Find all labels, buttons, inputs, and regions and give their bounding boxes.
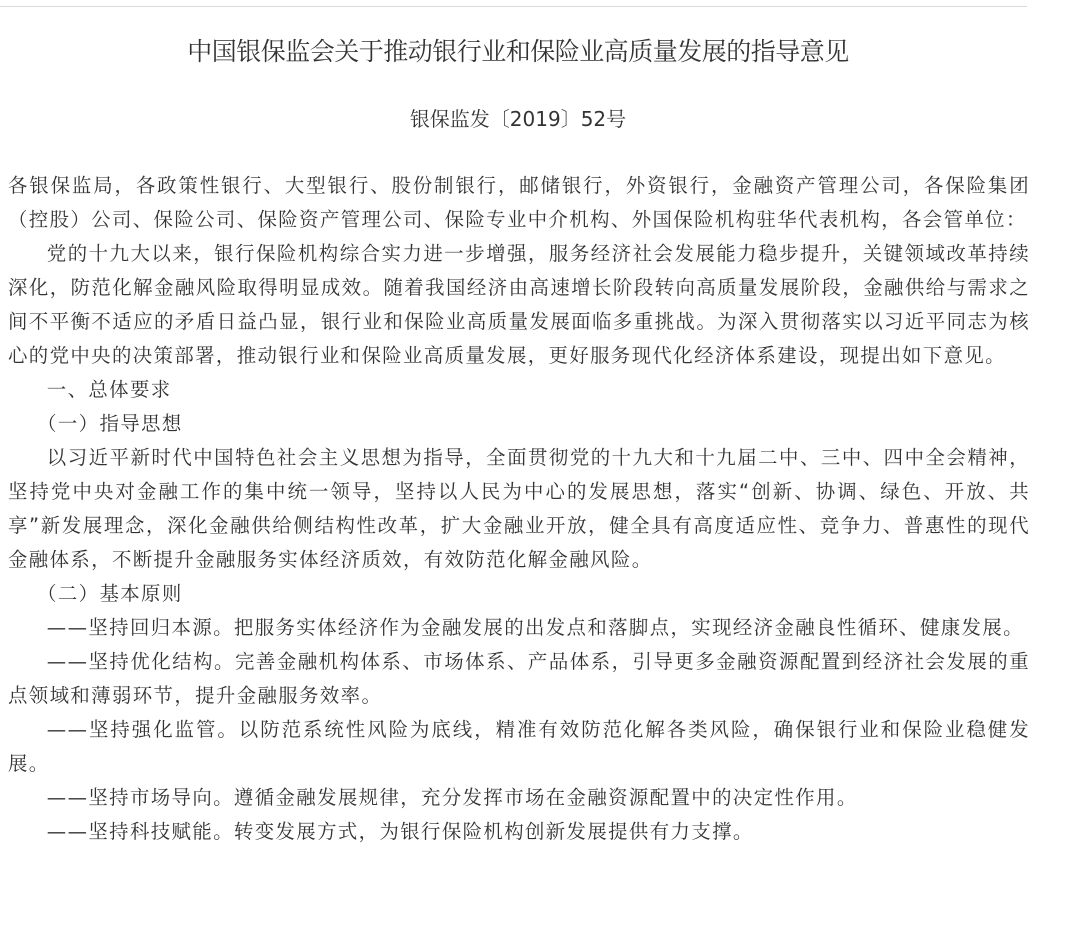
- guiding-ideology-paragraph: 以习近平新时代中国特色社会主义思想为指导，全面贯彻党的十九大和十九届二中、三中、…: [8, 441, 1030, 577]
- preamble-paragraph: 党的十九大以来，银行保险机构综合实力进一步增强，服务经济社会发展能力稳步提升，关…: [8, 237, 1030, 373]
- subsection-heading-basic-principles: （二）基本原则: [8, 577, 1030, 611]
- subsection-heading-guiding-ideology: （一）指导思想: [8, 407, 1030, 441]
- section-heading-general-requirements: 一、总体要求: [8, 373, 1030, 407]
- document-number: 银保监发〔2019〕52号: [0, 104, 1036, 134]
- document-body: 各银保监局，各政策性银行、大型银行、股份制银行，邮储银行，外资银行，金融资产管理…: [8, 169, 1030, 849]
- top-divider: [0, 6, 1027, 7]
- principle-return-to-basics: ——坚持回归本源。把服务实体经济作为金融发展的出发点和落脚点，实现经济金融良性循…: [8, 611, 1030, 645]
- principle-optimize-structure: ——坚持优化结构。完善金融机构体系、市场体系、产品体系，引导更多金融资源配置到经…: [8, 645, 1030, 713]
- principle-technology-empowerment: ——坚持科技赋能。转变发展方式，为银行保险机构创新发展提供有力支撑。: [8, 815, 1030, 849]
- principle-strengthen-supervision: ——坚持强化监管。以防范系统性风险为底线，精准有效防范化解各类风险，确保银行业和…: [8, 713, 1030, 781]
- addressees: 各银保监局，各政策性银行、大型银行、股份制银行，邮储银行，外资银行，金融资产管理…: [8, 169, 1030, 237]
- document-title: 中国银保监会关于推动银行业和保险业高质量发展的指导意见: [0, 34, 1036, 70]
- principle-market-orientation: ——坚持市场导向。遵循金融发展规律，充分发挥市场在金融资源配置中的决定性作用。: [8, 781, 1030, 815]
